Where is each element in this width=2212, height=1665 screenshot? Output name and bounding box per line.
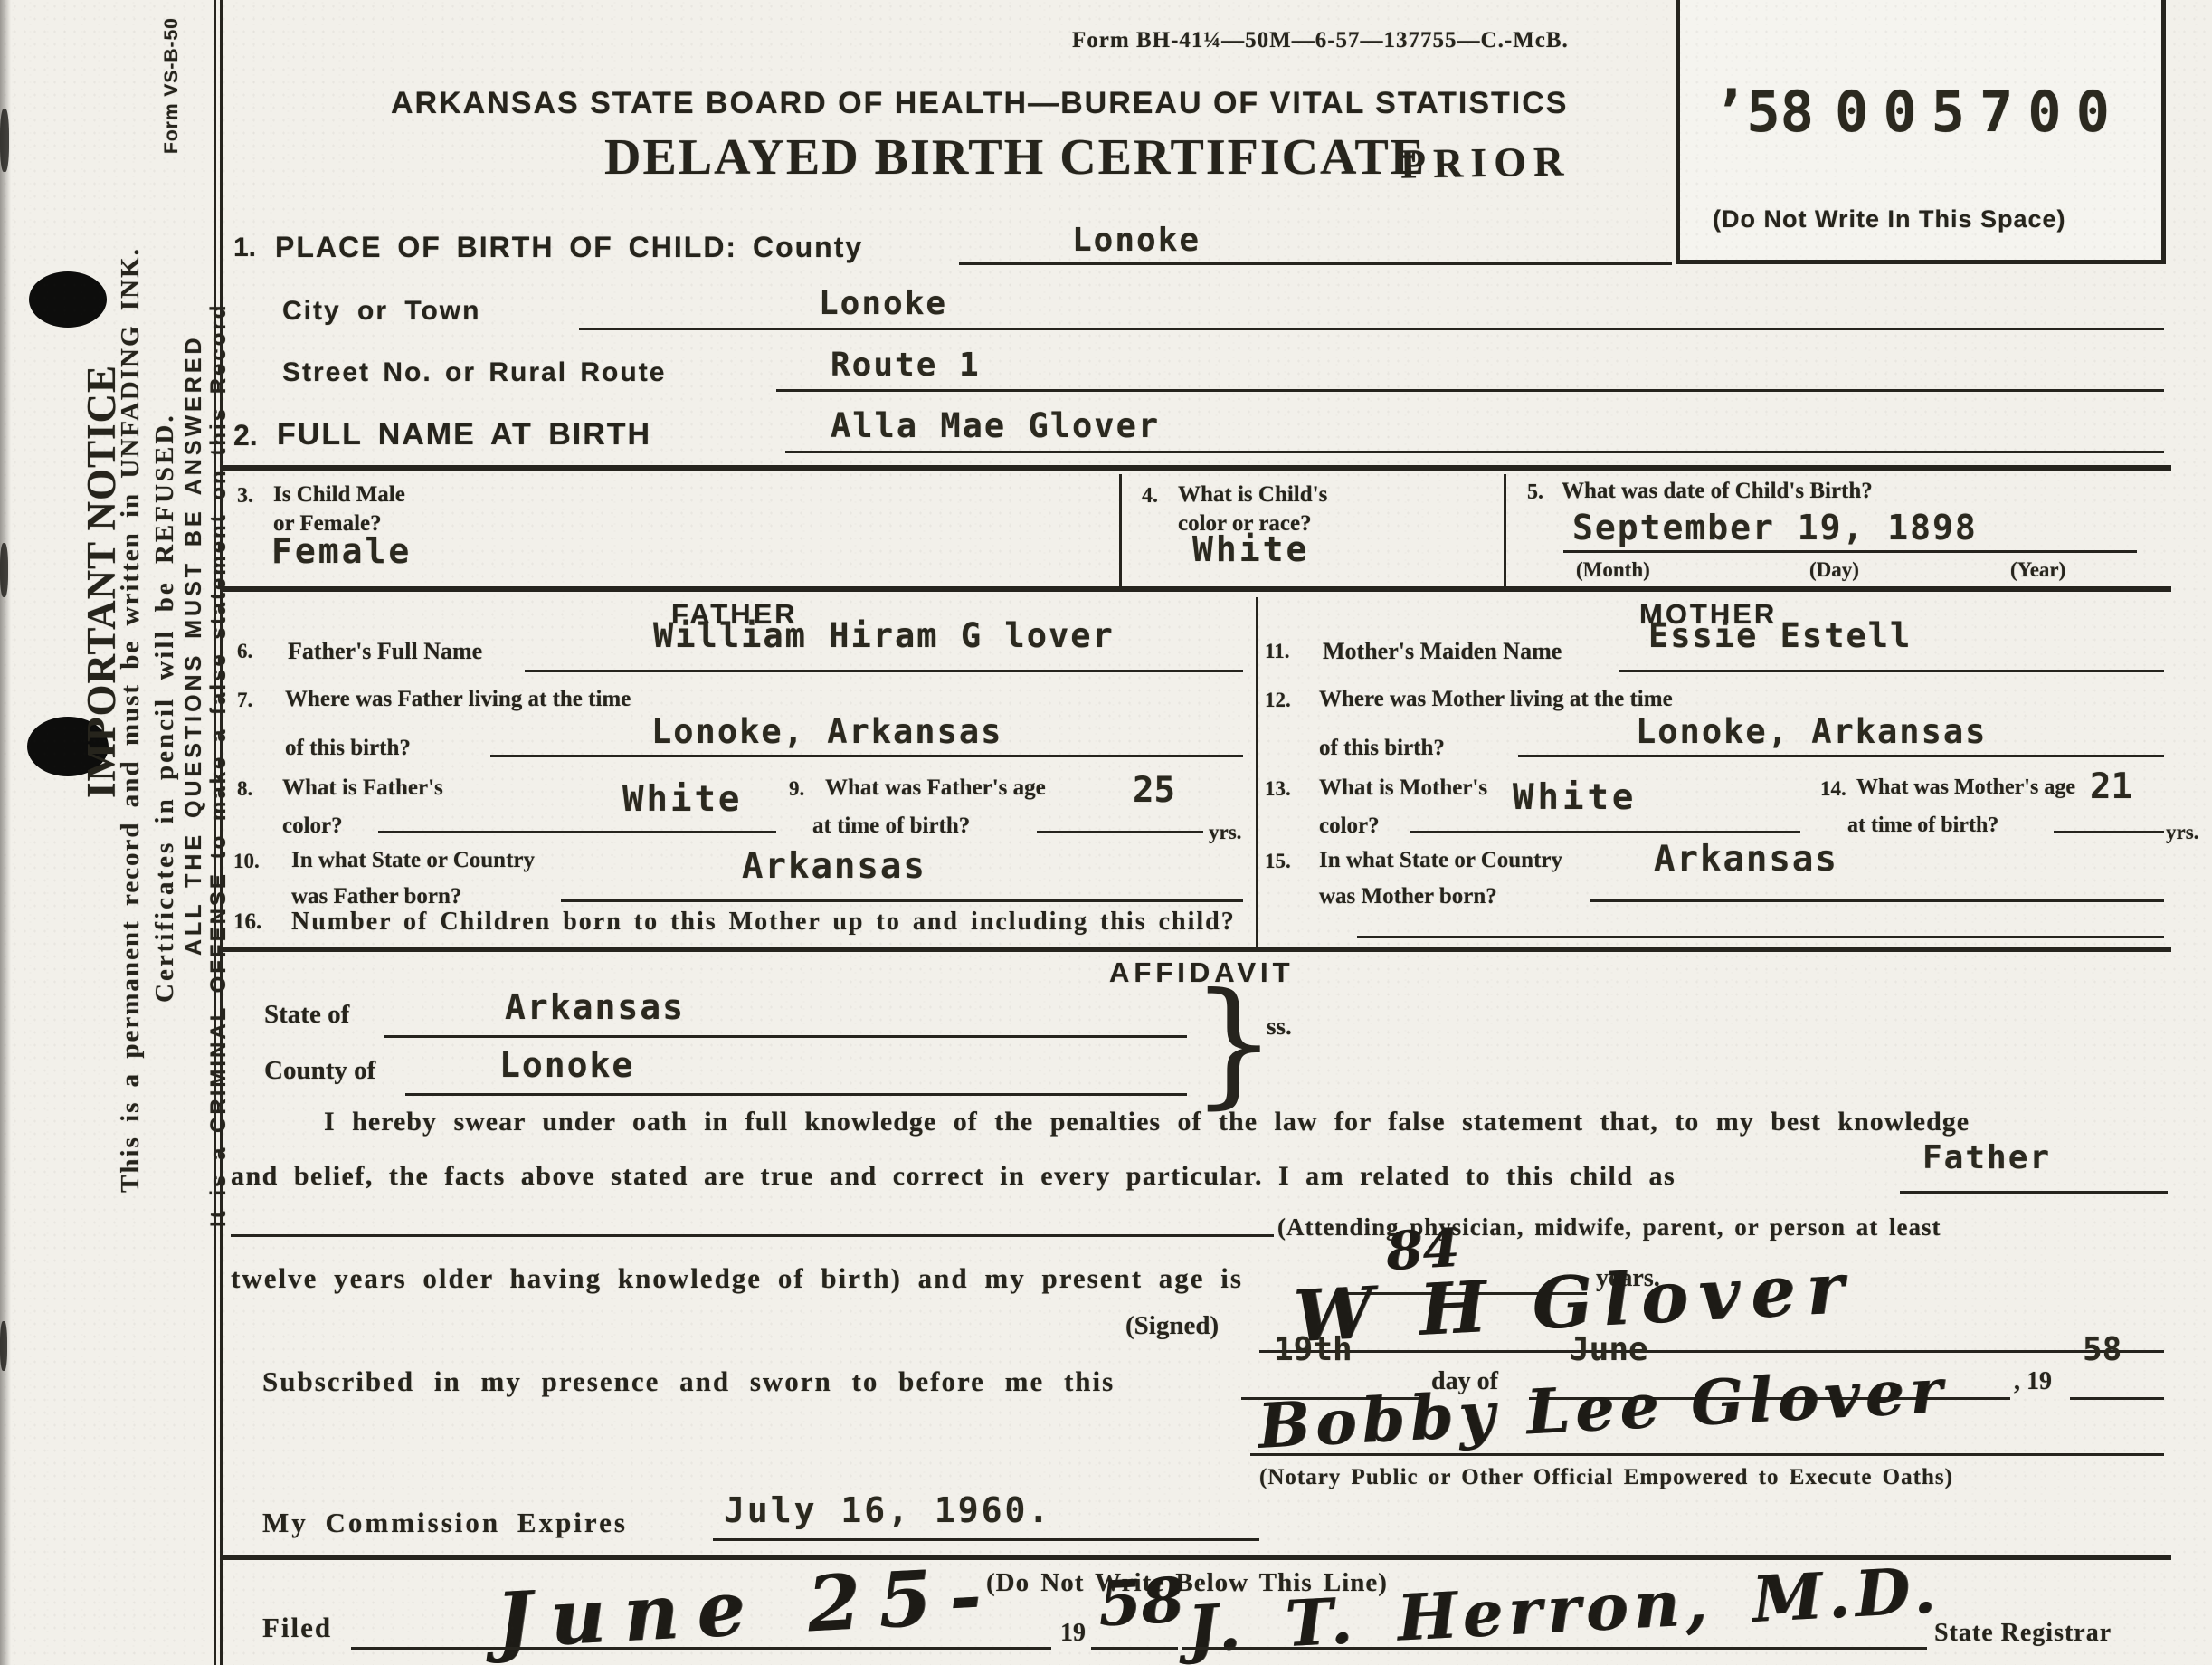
q7-label-line1: Where was Father living at the time bbox=[285, 686, 631, 714]
month-caption: (Month) bbox=[1576, 557, 1650, 583]
mother-residence-value: Lonoke, Arkansas bbox=[1636, 711, 1987, 752]
q7-label-line2: of this birth? bbox=[285, 735, 411, 763]
county-underline bbox=[959, 262, 1672, 265]
father-age-underline bbox=[1037, 831, 1203, 833]
q3-number: 3. bbox=[237, 483, 253, 509]
section-rule bbox=[222, 465, 2171, 471]
commission-value: July 16, 1960. bbox=[724, 1489, 1051, 1531]
q10-number: 10. bbox=[233, 849, 260, 874]
ss-label: ss. bbox=[1267, 1012, 1292, 1042]
q13-label-line2: color? bbox=[1319, 813, 1380, 841]
county-of-value: Lonoke bbox=[499, 1044, 634, 1086]
cell-divider bbox=[1119, 474, 1122, 588]
q14-label-line2: at time of birth? bbox=[1847, 813, 1998, 839]
day-caption: (Day) bbox=[1809, 557, 1859, 583]
q8-label-line1: What is Father's bbox=[282, 775, 443, 803]
q15-label-line2: was Mother born? bbox=[1319, 883, 1497, 911]
city-value: Lonoke bbox=[819, 284, 947, 324]
county-value: Lonoke bbox=[1072, 221, 1201, 261]
cell-divider bbox=[1504, 474, 1506, 588]
filed-year-handwritten: 58 bbox=[1097, 1564, 1186, 1643]
full-name-underline bbox=[785, 451, 2164, 453]
informant-underline bbox=[231, 1234, 1274, 1237]
column-divider bbox=[1256, 597, 1258, 947]
q4-label-line1: What is Child's bbox=[1178, 481, 1327, 509]
q14-label-line1: What was Mother's age bbox=[1856, 775, 2075, 801]
q1-number: 1. bbox=[233, 232, 256, 265]
race-value: White bbox=[1192, 528, 1309, 570]
street-value: Route 1 bbox=[831, 346, 981, 385]
state-of-label: State of bbox=[264, 999, 349, 1031]
q16-number: 16. bbox=[233, 909, 261, 937]
q12-number: 12. bbox=[1265, 688, 1291, 713]
subscribed-label: Subscribed in my presence and sworn to b… bbox=[262, 1365, 1115, 1399]
signed-label: (Signed) bbox=[1125, 1310, 1219, 1342]
notary-underline bbox=[1250, 1453, 2164, 1456]
q10-label-line1: In what State or Country bbox=[291, 847, 535, 875]
q3-label-line1: Is Child Male bbox=[273, 481, 405, 509]
relation-value: Father bbox=[1922, 1138, 2051, 1178]
margin-form-code: Form VS-B-50 bbox=[161, 17, 183, 154]
mother-birthplace-value: Arkansas bbox=[1654, 838, 1838, 881]
affidavit-line2: and belief, the facts above stated are t… bbox=[231, 1160, 1676, 1194]
hole-punch bbox=[29, 271, 107, 328]
margin-notice-line2: Certificates in pencil will be REFUSED. bbox=[150, 413, 180, 1003]
sex-value: Female bbox=[271, 530, 412, 572]
notary-label: (Notary Public or Other Official Empower… bbox=[1259, 1464, 1953, 1492]
q8-label-line2: color? bbox=[282, 813, 343, 841]
q14-number: 14. bbox=[1820, 776, 1846, 802]
mother-birthplace-underline bbox=[1590, 899, 2164, 902]
sworn-month-value: June bbox=[1570, 1330, 1648, 1370]
mother-maiden-underline bbox=[1619, 670, 2164, 672]
q7-number: 7. bbox=[237, 688, 252, 713]
signed-underline bbox=[1259, 1350, 2164, 1353]
q9-label-line2: at time of birth? bbox=[812, 813, 970, 841]
q1-label: PLACE OF BIRTH OF CHILD: County bbox=[275, 230, 863, 265]
relation-underline bbox=[1900, 1191, 2168, 1194]
section-rule bbox=[222, 586, 2171, 592]
mother-color-underline bbox=[1410, 831, 1800, 833]
sworn-day-value: 19th bbox=[1274, 1330, 1353, 1370]
street-label: Street No. or Rural Route bbox=[282, 357, 666, 390]
street-underline bbox=[776, 389, 2164, 392]
q15-label-line1: In what State or Country bbox=[1319, 847, 1562, 875]
full-name-label: FULL NAME AT BIRTH bbox=[277, 416, 651, 453]
q13-number: 13. bbox=[1265, 776, 1291, 802]
county-of-label: County of bbox=[264, 1055, 375, 1087]
q5-label: What was date of Child's Birth? bbox=[1562, 478, 1873, 506]
mother-age-underline bbox=[2054, 831, 2164, 833]
filed-year-prefix: 19 bbox=[1060, 1618, 1086, 1649]
q2-number: 2. bbox=[233, 418, 258, 453]
agency-title: ARKANSAS STATE BOARD OF HEALTH—BUREAU OF… bbox=[391, 85, 1568, 122]
city-label: City or Town bbox=[282, 295, 480, 328]
state-underline bbox=[384, 1035, 1187, 1038]
document-title: DELAYED BIRTH CERTIFICATE bbox=[604, 127, 1426, 188]
year-caption: (Year) bbox=[2010, 557, 2065, 583]
scan-artifact bbox=[0, 109, 9, 172]
mother-residence-underline bbox=[1518, 755, 2164, 757]
certificate-number: 005700 bbox=[1835, 78, 2124, 147]
registrar-underline bbox=[1182, 1647, 1927, 1650]
commission-underline bbox=[713, 1538, 1259, 1541]
q6-label: Father's Full Name bbox=[288, 637, 482, 666]
form-left-border bbox=[214, 0, 223, 1665]
affidavit-line4: twelve years older having knowledge of b… bbox=[231, 1261, 1243, 1296]
mother-age-value: 21 bbox=[2090, 766, 2132, 809]
form-reference: Form BH-41¼—50M—6-57—137755—C.-McB. bbox=[1072, 27, 1569, 55]
q9-number: 9. bbox=[789, 776, 804, 802]
q12-label-line2: of this birth? bbox=[1319, 735, 1445, 763]
father-birthplace-underline bbox=[561, 899, 1243, 902]
city-underline bbox=[579, 328, 2164, 330]
commission-label: My Commission Expires bbox=[262, 1506, 628, 1540]
state-of-value: Arkansas bbox=[505, 986, 685, 1028]
father-birthplace-value: Arkansas bbox=[742, 845, 926, 889]
q16-underline bbox=[1357, 936, 2164, 938]
notary-signature: Bobby Lee Glover bbox=[1256, 1354, 1949, 1465]
scan-artifact bbox=[0, 1321, 7, 1371]
scan-edge-shadow bbox=[0, 0, 11, 1665]
q13-label-line1: What is Mother's bbox=[1319, 775, 1487, 803]
margin-notice-line1: This is a permanent record and must be w… bbox=[116, 247, 146, 1193]
prior-stamp: PRIOR bbox=[1400, 136, 1571, 189]
q6-number: 6. bbox=[237, 639, 252, 664]
q8-number: 8. bbox=[237, 776, 252, 802]
mother-color-value: White bbox=[1513, 776, 1637, 820]
q11-number: 11. bbox=[1265, 639, 1289, 664]
filed-year-underline bbox=[1091, 1647, 1178, 1650]
father-residence-value: Lonoke, Arkansas bbox=[651, 711, 1002, 752]
ss-brace: } bbox=[1191, 961, 1277, 1127]
section-rule bbox=[222, 947, 2171, 952]
q5-number: 5. bbox=[1527, 480, 1543, 506]
mother-maiden-value: Essie Estell bbox=[1648, 615, 1912, 656]
filed-underline bbox=[351, 1647, 1051, 1650]
q4-number: 4. bbox=[1142, 483, 1158, 509]
margin-notice-line3: ALL THE QUESTIONS MUST BE ANSWERED bbox=[181, 334, 207, 956]
father-residence-underline bbox=[490, 755, 1243, 757]
certificate-year: ’58 bbox=[1713, 78, 1814, 147]
q15-number: 15. bbox=[1265, 849, 1291, 874]
q16-label: Number of Children born to this Mother u… bbox=[291, 907, 1236, 937]
scan-artifact bbox=[0, 543, 8, 597]
delayed-birth-certificate-scan: Form VS-B-50 IMPORTANT NOTICE This is a … bbox=[0, 0, 2212, 1665]
affidavit-line3: (Attending physician, midwife, parent, o… bbox=[1277, 1213, 1941, 1242]
father-name-underline bbox=[525, 670, 1243, 672]
registrar-label: State Registrar bbox=[1934, 1618, 2112, 1649]
q12-label-line1: Where was Mother living at the time bbox=[1319, 686, 1673, 714]
father-color-value: White bbox=[622, 778, 742, 822]
affidavit-line1: I hereby swear under oath in full knowle… bbox=[324, 1106, 1970, 1139]
sworn-year-value: 58 bbox=[2083, 1330, 2122, 1370]
father-age-suffix: yrs. bbox=[1209, 820, 1241, 845]
father-age-value: 25 bbox=[1133, 769, 1175, 813]
q11-label: Mother's Maiden Name bbox=[1323, 637, 1562, 666]
do-not-write-label: (Do Not Write In This Space) bbox=[1713, 205, 2066, 234]
filed-label: Filed bbox=[262, 1611, 332, 1645]
father-name-value: William Hiram G lover bbox=[653, 615, 1115, 656]
q9-label-line1: What was Father's age bbox=[825, 775, 1046, 803]
birth-date-underline bbox=[1563, 550, 2137, 553]
birth-date-value: September 19, 1898 bbox=[1572, 507, 1978, 548]
father-color-underline bbox=[378, 831, 776, 833]
full-name-value: Alla Mae Glover bbox=[831, 405, 1160, 446]
sworn-year-prefix: , 19 bbox=[2014, 1366, 2052, 1397]
sworn-year-underline bbox=[2070, 1397, 2164, 1400]
mother-age-suffix: yrs. bbox=[2166, 820, 2198, 845]
county-of-underline bbox=[405, 1093, 1187, 1096]
